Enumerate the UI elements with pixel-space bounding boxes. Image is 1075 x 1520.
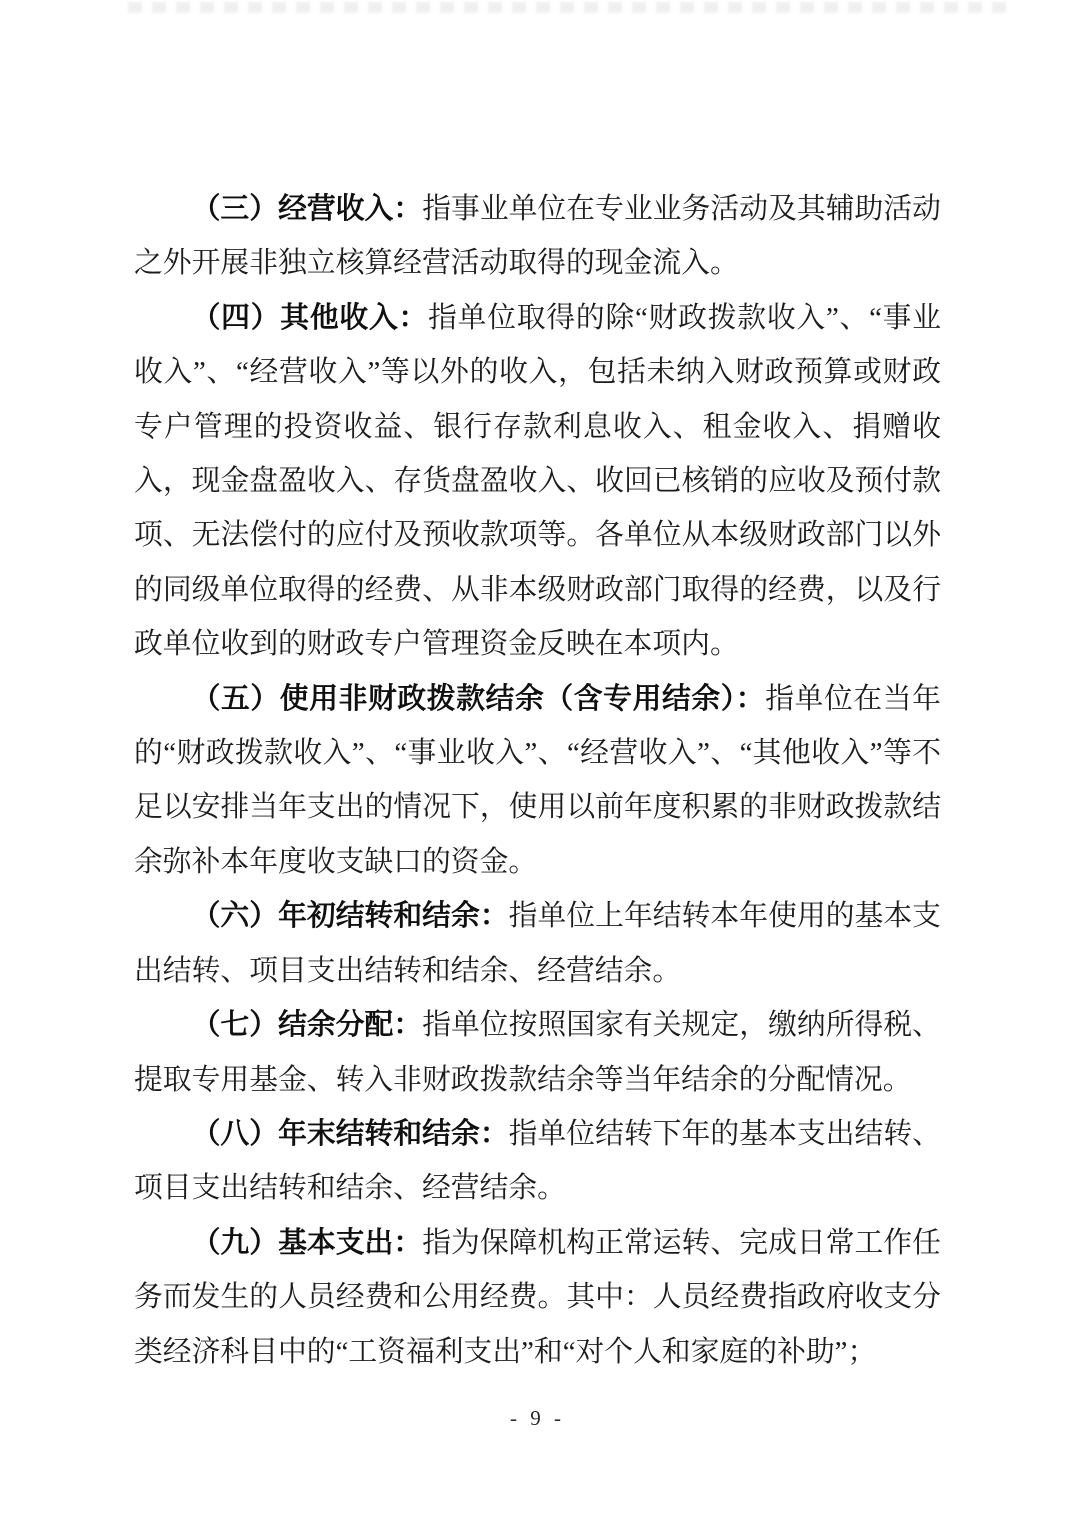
page-footer: - 9 - bbox=[0, 1406, 1075, 1431]
paragraph: （七）结余分配：指单位按照国家有关规定，缴纳所得税、提取专用基金、转入非财政拨款… bbox=[134, 998, 941, 1107]
paragraph-heading: （四）其他收入： bbox=[192, 302, 429, 334]
paragraph: （四）其他收入：指单位取得的除“财政拨款收入”、“事业收入”、“经营收入”等以外… bbox=[134, 291, 941, 672]
paragraph-text: 指单位取得的除“财政拨款收入”、“事业收入”、“经营收入”等以外的收入，包括未纳… bbox=[134, 302, 941, 660]
document-page: （三）经营收入：指事业单位在专业业务活动及其辅助活动之外开展非独立核算经营活动取… bbox=[0, 0, 1075, 1520]
page-number: - 9 - bbox=[510, 1406, 565, 1430]
paragraph-heading: （五）使用非财政拨款结余（含专用结余）： bbox=[192, 683, 766, 715]
paragraph-heading: （六）年初结转和结余： bbox=[192, 900, 509, 932]
paragraph-heading: （三）经营收入： bbox=[192, 193, 423, 225]
paragraph: （三）经营收入：指事业单位在专业业务活动及其辅助活动之外开展非独立核算经营活动取… bbox=[134, 182, 941, 291]
paragraph: （五）使用非财政拨款结余（含专用结余）：指单位在当年的“财政拨款收入”、“事业收… bbox=[134, 672, 941, 890]
paragraph-heading: （八）年末结转和结余： bbox=[192, 1118, 509, 1150]
paragraph-heading: （七）结余分配： bbox=[192, 1009, 423, 1041]
paragraph-heading: （九）基本支出： bbox=[192, 1227, 423, 1259]
paragraph: （八）年末结转和结余：指单位结转下年的基本支出结转、项目支出结转和结余、经营结余… bbox=[134, 1107, 941, 1216]
paragraph: （六）年初结转和结余：指单位上年结转本年使用的基本支出结转、项目支出结转和结余、… bbox=[134, 889, 941, 998]
scan-bleed-artifact bbox=[128, 2, 1008, 13]
document-body: （三）经营收入：指事业单位在专业业务活动及其辅助活动之外开展非独立核算经营活动取… bbox=[134, 182, 941, 1379]
paragraph: （九）基本支出：指为保障机构正常运转、完成日常工作任务而发生的人员经费和公用经费… bbox=[134, 1216, 941, 1379]
